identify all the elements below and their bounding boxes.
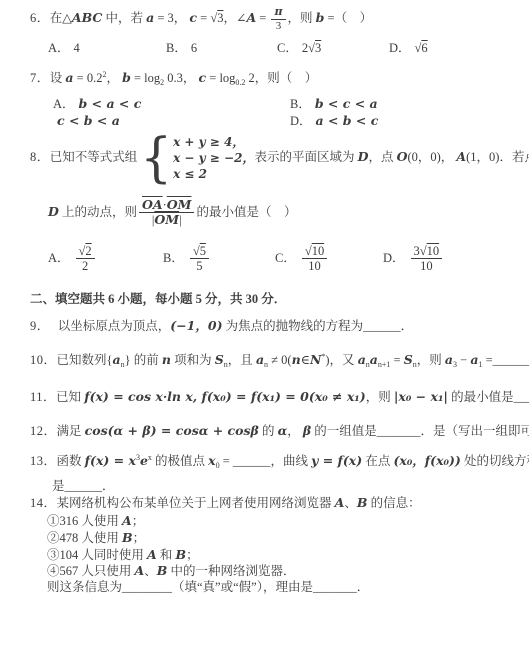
- text-run: 函数: [57, 454, 85, 468]
- math-var: O: [397, 149, 408, 164]
- option-label: A．: [53, 97, 75, 111]
- fraction-pi-over-3: π3: [271, 6, 285, 32]
- radicand: 10: [312, 244, 325, 258]
- option-value: 6: [191, 41, 197, 55]
- text-run: 中，若: [102, 11, 146, 25]
- question-14: 14．某网络机构公布某单位关于上网者使用网络浏览器 A、B 的信息：: [30, 494, 421, 512]
- math-var: A: [147, 547, 157, 562]
- question-14-item-1: ①316 人使用 A；: [47, 512, 144, 530]
- question-11: 11．已知 f(x) = cos x·ln x, f(x₀) = f(x₁) =…: [30, 388, 529, 406]
- vector-om: OM: [154, 212, 179, 227]
- inequality-line: x − y ≥ −2，: [173, 150, 254, 166]
- math-var: a: [256, 352, 264, 367]
- denominator: 10: [411, 259, 443, 273]
- radicand: 3: [315, 41, 321, 55]
- question-number: 10．: [30, 353, 57, 367]
- element-of: ∈: [301, 353, 310, 367]
- option-label: C．: [277, 41, 298, 55]
- math-var: A: [246, 10, 256, 25]
- text-run: = 0.2: [74, 71, 103, 85]
- inequality-line: x + y ≥ 4，: [173, 134, 254, 150]
- text-run: ，且: [228, 353, 256, 367]
- text-run: 项和为: [171, 353, 215, 367]
- numerator: 3√10: [411, 244, 443, 259]
- question-8-option-a: A．√22: [48, 244, 97, 274]
- denominator: 10: [302, 259, 327, 273]
- math-var: c: [189, 10, 197, 25]
- option-label: D．: [389, 41, 411, 55]
- question-number: 14．: [30, 496, 57, 510]
- question-number: 8．: [30, 150, 50, 164]
- text-run: ，则: [366, 390, 394, 404]
- math-run: |x₀ − x₁|: [394, 389, 448, 404]
- section-2-header: 二、填空题共 6 小题，每小题 5 分，共 30 分．: [30, 291, 286, 308]
- text-run: ，又: [330, 353, 358, 367]
- question-number: 9．: [30, 319, 50, 333]
- option-value: 4: [74, 41, 80, 55]
- question-8-option-d: D．3√1010: [383, 244, 444, 274]
- math-run: ≠ 0(: [268, 353, 292, 367]
- question-14-item-2: ②478 人使用 B；: [47, 529, 145, 547]
- question-14-item-4: ④567 人只使用 A、B 中的一种网络浏览器．: [47, 562, 295, 580]
- option-value: b < a < c: [79, 96, 142, 111]
- math-var: B: [122, 530, 133, 545]
- question-7-option-c: c < b < a: [53, 112, 120, 130]
- option-label: D．: [383, 251, 405, 265]
- text-run: 上的动点，则: [59, 205, 137, 219]
- text-run: = log: [206, 71, 235, 85]
- math-var: ABC: [72, 10, 102, 25]
- denominator: 5: [190, 259, 209, 273]
- option-fraction: √1010: [302, 244, 327, 274]
- text-run: 处的切线方程: [461, 454, 529, 468]
- text-run: 的最小值是（ ）: [196, 205, 296, 219]
- text-run: 的极值点: [152, 454, 208, 468]
- option-fraction: 3√1010: [411, 244, 443, 274]
- math-var: a: [146, 10, 154, 25]
- option-label: B．: [166, 41, 187, 55]
- text-run: 中的一种网络浏览器．: [167, 564, 295, 578]
- math-run: f(x) = cos x·ln x, f(x₀) = f(x₁) = 0(x₀ …: [84, 389, 366, 404]
- math-var: A: [335, 495, 345, 510]
- question-7-option-b: B．b < c < a: [290, 95, 378, 113]
- math-var: n: [292, 352, 301, 367]
- question-6-option-b: B．6: [166, 40, 197, 57]
- math-run: −: [457, 353, 470, 367]
- vector-oa: OA: [142, 197, 163, 212]
- text-run: 的: [259, 424, 278, 438]
- option-value: b < c < a: [315, 96, 378, 111]
- text-run: = log: [131, 71, 160, 85]
- text-run: =（ ）: [324, 11, 372, 25]
- text-run: ；: [132, 514, 145, 528]
- brace-icon: {: [140, 134, 172, 182]
- text-run: =: [197, 11, 210, 25]
- text-run: ③104 人同时使用: [47, 548, 147, 562]
- text-run: ，: [106, 71, 122, 85]
- math-var: b: [122, 70, 131, 85]
- question-number: 7．: [30, 71, 50, 85]
- question-8-continued: D 上的动点，则OA·OM|OM|的最小值是（ ）: [48, 198, 297, 228]
- option-label: A．: [48, 41, 70, 55]
- math-var: α: [278, 423, 288, 438]
- option-label: B．: [163, 251, 184, 265]
- question-number: 6．: [30, 11, 50, 25]
- text-run: 已知不等式式组: [50, 150, 138, 164]
- question-6-option-d: D．√6: [389, 40, 428, 57]
- question-number: 13．: [30, 454, 57, 468]
- radicand: 10: [427, 244, 440, 258]
- text-run: 某网络机构公布某单位关于上网者使用网络浏览器: [57, 496, 335, 510]
- radicand: 5: [200, 244, 206, 258]
- question-8-option-b: B．√55: [163, 244, 211, 274]
- text-run: 已知数列: [57, 353, 107, 367]
- text-run: 在△: [50, 11, 72, 25]
- radical-icon: √: [308, 41, 315, 55]
- text-run: 设: [50, 71, 66, 85]
- option-value: a < b < c: [316, 113, 379, 128]
- math-var: x: [208, 453, 215, 468]
- denominator: |OM|: [139, 213, 195, 227]
- text-run: ，则: [417, 353, 445, 367]
- abs-bar: |: [179, 213, 182, 227]
- question-number: 11．: [30, 390, 56, 404]
- question-7: 7．设 a = 0.22， b = log2 0.3， c = log0.2 2…: [30, 69, 317, 87]
- text-run: 在点: [362, 454, 393, 468]
- math-run: f(x) = x: [85, 453, 136, 468]
- inequality-system: x + y ≥ 4，x − y ≥ −2，x ≤ 2: [173, 134, 254, 182]
- text-run: ④567 人只使用: [47, 564, 135, 578]
- text-run: 、: [144, 564, 157, 578]
- text-run: 则这条信息为________（填“真”或“假”），理由是_______．: [47, 580, 369, 594]
- math-run: e: [140, 453, 148, 468]
- question-6-option-c: C．2√3: [277, 40, 321, 57]
- question-7-option-a: A．b < a < c: [53, 95, 141, 113]
- text-run: 是______．: [52, 479, 115, 493]
- text-run: 表示的平面区域为: [254, 150, 357, 164]
- math-var: a: [370, 352, 378, 367]
- vector-fraction: OA·OM|OM|: [139, 198, 195, 228]
- math-var: N: [310, 352, 321, 367]
- math-run: (x₀，f(x₀)): [393, 453, 460, 468]
- math-run: (−1，0): [170, 318, 222, 333]
- question-10: 10．已知数列{an} 的前 n 项和为 Sn，且 an ≠ 0(n∈N*)，又…: [30, 351, 529, 369]
- text-run: = ______: [220, 454, 271, 468]
- question-8: 8．已知不等式式组{x + y ≥ 4，x − y ≥ −2，x ≤ 2表示的平…: [30, 134, 529, 182]
- text-run: 的前: [131, 353, 162, 367]
- math-var: B: [157, 563, 168, 578]
- denominator: 3: [271, 20, 285, 33]
- text-run: 的最小值是________．: [448, 390, 529, 404]
- numerator: √2: [76, 244, 95, 259]
- numerator: π: [271, 6, 285, 20]
- text-run: ，则: [288, 11, 316, 25]
- question-6-option-a: A．4: [48, 40, 80, 57]
- math-var: a: [113, 352, 121, 367]
- text-run: 为焦点的抛物线的方程为______．: [222, 319, 413, 333]
- math-run: =: [390, 353, 403, 367]
- vector-om: OM: [167, 197, 192, 212]
- text-run: ，点: [368, 150, 396, 164]
- numerator: √10: [302, 244, 327, 259]
- text-run: ①316 人使用: [47, 514, 122, 528]
- text-run: 满足: [57, 424, 85, 438]
- question-13: 13．函数 f(x) = x3ex 的极值点 x0 = ______，曲线 y …: [30, 452, 529, 470]
- text-run: 2，则（ ）: [245, 71, 317, 85]
- text-run: 的一组值是_______．是（写出一组即可）: [311, 424, 529, 438]
- math-var: S: [404, 352, 413, 367]
- exam-document-page: 6．在△ABC 中，若 a = 3， c = √3，∠A = π3，则 b =（…: [0, 0, 529, 648]
- text-run: = 3，: [154, 11, 189, 25]
- text-run: 和: [157, 548, 176, 562]
- math-var: n: [162, 352, 171, 367]
- math-var: D: [358, 149, 369, 164]
- text-run: ②478 人使用: [47, 531, 122, 545]
- inequality-line: x ≤ 2: [173, 166, 254, 182]
- subscript: n+1: [378, 360, 391, 369]
- text-run: (1，0)．若点: [466, 150, 529, 164]
- math-var: A: [122, 513, 132, 528]
- text-run: ；: [186, 548, 199, 562]
- math-var: A: [456, 149, 466, 164]
- text-run: 以坐标原点为顶点，: [58, 319, 171, 333]
- math-var: D: [48, 204, 59, 219]
- text-run: ，∠: [223, 11, 246, 25]
- text-run: ，曲线: [270, 454, 311, 468]
- math-run: cos(α + β) = cosα + cosβ: [85, 423, 259, 438]
- math-var: B: [175, 547, 186, 562]
- question-number: 12．: [30, 424, 57, 438]
- question-8-option-c: C．√1010: [275, 244, 329, 274]
- section-title: 二、填空题共 6 小题，每小题 5 分，共 30 分．: [30, 292, 286, 306]
- subscript: 0.2: [235, 78, 245, 87]
- question-9: 9．以坐标原点为顶点，(−1，0) 为焦点的抛物线的方程为______．: [30, 317, 413, 335]
- text-run: 已知: [56, 390, 84, 404]
- math-var: A: [135, 563, 145, 578]
- math-run: y = f(x): [311, 453, 362, 468]
- denominator: 2: [76, 259, 95, 273]
- text-run: 、: [344, 496, 357, 510]
- question-7-option-d: D．a < b < c: [290, 112, 378, 130]
- math-var: β: [303, 423, 311, 438]
- text-run: 0.3，: [164, 71, 198, 85]
- text-run: ；: [133, 531, 146, 545]
- option-label: B．: [290, 97, 311, 111]
- option-fraction: √55: [190, 244, 209, 274]
- math-var: c: [199, 70, 207, 85]
- radical-icon: √: [305, 244, 312, 258]
- math-var: B: [357, 495, 368, 510]
- question-14-conclusion: 则这条信息为________（填“真”或“假”），理由是_______．: [47, 579, 369, 596]
- text-run: =______．: [482, 353, 529, 367]
- option-label: D．: [290, 114, 312, 128]
- math-var: a: [358, 352, 366, 367]
- radicand: 6: [421, 41, 427, 55]
- text-run: 的信息：: [367, 496, 420, 510]
- option-fraction: √22: [76, 244, 95, 274]
- question-13-continued: 是______．: [52, 478, 115, 495]
- radical-icon: √: [193, 244, 200, 258]
- radical-icon: √: [420, 244, 427, 258]
- math-var: a: [65, 70, 73, 85]
- option-label: A．: [48, 251, 70, 265]
- text-run: =: [256, 11, 269, 25]
- text-run: ，: [287, 424, 303, 438]
- option-label: C．: [275, 251, 296, 265]
- question-6: 6．在△ABC 中，若 a = 3， c = √3，∠A = π3，则 b =（…: [30, 6, 372, 32]
- text-run: (0，0)，: [407, 150, 456, 164]
- radicand: 2: [85, 244, 91, 258]
- question-12: 12．满足 cos(α + β) = cosα + cosβ 的 α， β 的一…: [30, 422, 529, 440]
- math-var: S: [215, 352, 224, 367]
- option-value: c < b < a: [57, 113, 120, 128]
- numerator: √5: [190, 244, 209, 259]
- math-var: a: [445, 352, 453, 367]
